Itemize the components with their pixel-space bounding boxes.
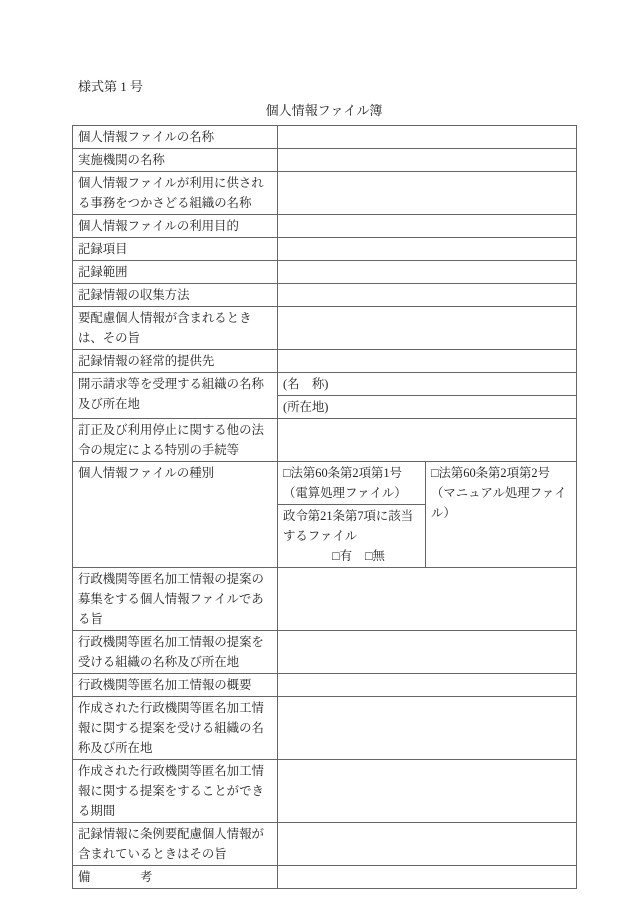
value-cell	[278, 350, 577, 373]
row-label: 訂正及び利用停止に関する他の法令の規定による特別の手続等	[73, 419, 278, 462]
org-name-cell: (名 称)	[278, 373, 577, 396]
row-label: 個人情報ファイルの利用目的	[73, 215, 278, 238]
category-ordinance-text: 政令第21条第7項に該当するファイル	[283, 506, 420, 546]
page-title: 個人情報ファイル簿	[72, 102, 576, 120]
row-label: 作成された行政機関等匿名加工情報に関する提案をすることができる期間	[73, 760, 278, 823]
no-label: 無	[372, 549, 384, 563]
table-row: 実施機関の名称	[73, 149, 577, 172]
yes-label: 有	[340, 549, 352, 563]
document-content: 様式第 1 号 個人情報ファイル簿 個人情報ファイルの名称 実施機関の名称 個人…	[72, 78, 576, 889]
personal-info-file-register-table: 個人情報ファイルの名称 実施機関の名称 個人情報ファイルが利用に供される事務をつ…	[72, 125, 577, 889]
category-option2-cell: □法第60条第2項第2号（マニュアル処理ファイル）	[426, 462, 577, 568]
table-row: 作成された行政機関等匿名加工情報に関する提案をすることができる期間	[73, 760, 577, 823]
row-label: 記録情報に条例要配慮個人情報が含まれているときはその旨	[73, 823, 278, 866]
row-label: 要配慮個人情報が含まれるときは、その旨	[73, 307, 278, 350]
table-row: 行政機関等匿名加工情報の提案を受ける組織の名称及び所在地	[73, 631, 577, 674]
form-number: 様式第 1 号	[78, 78, 576, 96]
row-label: 開示請求等を受理する組織の名称及び所在地	[73, 373, 278, 419]
row-label: 記録情報の収集方法	[73, 284, 278, 307]
value-cell	[278, 261, 577, 284]
table-row: 作成された行政機関等匿名加工情報に関する提案を受ける組織の名称及び所在地	[73, 697, 577, 760]
value-cell	[278, 149, 577, 172]
value-cell	[278, 674, 577, 697]
row-label: 行政機関等匿名加工情報の提案の募集をする個人情報ファイルである旨	[73, 568, 278, 631]
table-row: 個人情報ファイルの利用目的	[73, 215, 577, 238]
value-cell	[278, 172, 577, 215]
category-ordinance-cell: 政令第21条第7項に該当するファイル □有□無	[278, 505, 426, 568]
table-row: 行政機関等匿名加工情報の提案の募集をする個人情報ファイルである旨	[73, 568, 577, 631]
remarks-value-cell	[278, 866, 577, 889]
table-row: 記録情報に条例要配慮個人情報が含まれているときはその旨	[73, 823, 577, 866]
table-row: 個人情報ファイルが利用に供される事務をつかさどる組織の名称	[73, 172, 577, 215]
checkbox-icon: □	[332, 549, 339, 563]
row-label: 作成された行政機関等匿名加工情報に関する提案を受ける組織の名称及び所在地	[73, 697, 278, 760]
row-label: 行政機関等匿名加工情報の概要	[73, 674, 278, 697]
category-yesno-line: □有□無	[283, 546, 420, 566]
value-cell	[278, 238, 577, 261]
category-option2-text: 法第60条第2項第2号	[438, 466, 550, 480]
row-label: 記録項目	[73, 238, 278, 261]
value-cell	[278, 760, 577, 823]
value-cell	[278, 307, 577, 350]
row-label: 実施機関の名称	[73, 149, 278, 172]
table-row: 行政機関等匿名加工情報の概要	[73, 674, 577, 697]
value-cell	[278, 126, 577, 149]
org-address-cell: (所在地)	[278, 396, 577, 419]
row-label: 行政機関等匿名加工情報の提案を受ける組織の名称及び所在地	[73, 631, 278, 674]
category-option1-text: 法第60条第2項第1号	[290, 466, 402, 480]
category-option1-sub: （電算処理ファイル）	[283, 483, 420, 503]
row-label: 記録情報の経常的提供先	[73, 350, 278, 373]
value-cell	[278, 631, 577, 674]
row-label: 記録範囲	[73, 261, 278, 284]
category-option2-sub: （マニュアル処理ファイル）	[431, 486, 567, 520]
value-cell	[278, 823, 577, 866]
row-label: 個人情報ファイルが利用に供される事務をつかさどる組織の名称	[73, 172, 278, 215]
value-cell	[278, 568, 577, 631]
remarks-label: 備 考	[73, 866, 278, 889]
table-row: 訂正及び利用停止に関する他の法令の規定による特別の手続等	[73, 419, 577, 462]
table-row: 記録範囲	[73, 261, 577, 284]
value-cell	[278, 697, 577, 760]
table-row: 要配慮個人情報が含まれるときは、その旨	[73, 307, 577, 350]
table-row: 記録情報の収集方法	[73, 284, 577, 307]
table-row-category: 個人情報ファイルの種別 □法第60条第2項第1号 （電算処理ファイル） □法第6…	[73, 462, 577, 505]
category-option1-line: □法第60条第2項第1号	[283, 463, 420, 483]
value-cell	[278, 215, 577, 238]
row-label: 個人情報ファイルの種別	[73, 462, 278, 568]
table-row: 個人情報ファイルの名称	[73, 126, 577, 149]
table-row: 記録情報の経常的提供先	[73, 350, 577, 373]
document-page: 様式第 1 号 個人情報ファイル簿 個人情報ファイルの名称 実施機関の名称 個人…	[0, 0, 630, 903]
category-option1-cell: □法第60条第2項第1号 （電算処理ファイル）	[278, 462, 426, 505]
table-row-remarks: 備 考	[73, 866, 577, 889]
row-label: 個人情報ファイルの名称	[73, 126, 278, 149]
value-cell	[278, 419, 577, 462]
table-row: 記録項目	[73, 238, 577, 261]
table-row-disclosure: 開示請求等を受理する組織の名称及び所在地 (名 称)	[73, 373, 577, 396]
value-cell	[278, 284, 577, 307]
